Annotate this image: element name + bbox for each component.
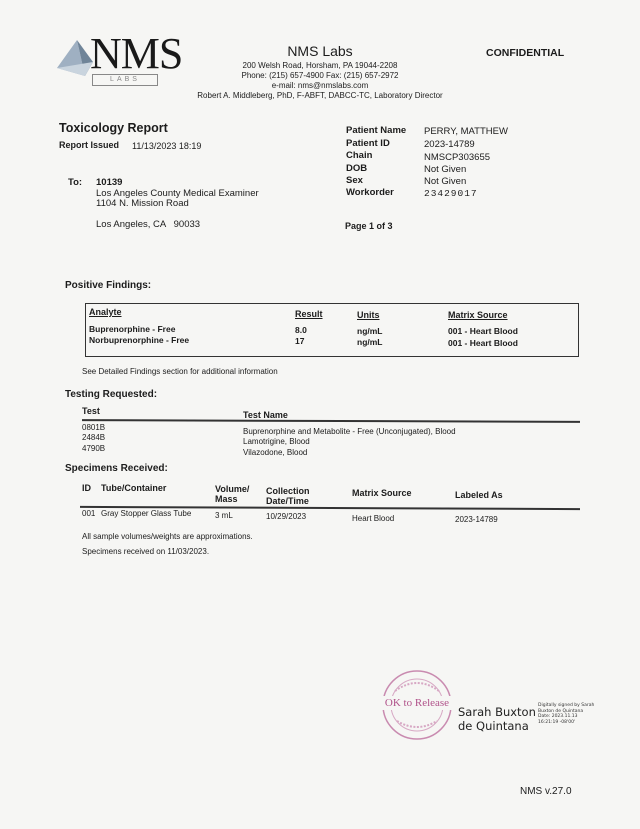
col-units: Units [357, 310, 380, 320]
test-code: 2484B [82, 433, 105, 442]
test-name: Vilazodone, Blood [243, 448, 307, 457]
finding-units: ng/mL [357, 337, 383, 347]
positive-findings-table: Analyte Result Units Matrix Source Bupre… [85, 303, 579, 357]
workorder-value: 23429017 [424, 188, 478, 199]
dob-value: Not Given [424, 164, 466, 175]
version-label: NMS v.27.0 [520, 786, 572, 797]
workorder-label: Workorder [346, 187, 394, 198]
signer-name: Sarah Buxton de Quintana [458, 705, 536, 733]
col-container: Tube/Container [101, 483, 166, 493]
lab-phone: Phone: (215) 657-4900 Fax: (215) 657-297… [0, 71, 640, 81]
specimen-note-approx: All sample volumes/weights are approxima… [82, 532, 253, 541]
patient-id-label: Patient ID [346, 138, 390, 149]
signer-name-line2: de Quintana [458, 719, 536, 733]
signer-name-line1: Sarah Buxton [458, 705, 536, 719]
release-stamp: OK to Release [381, 669, 453, 741]
test-code: 4790B [82, 444, 105, 453]
specimen-volume: 3 mL [215, 511, 233, 520]
col-labeled-as: Labeled As [455, 490, 503, 500]
sex-value: Not Given [424, 176, 466, 187]
col-test-name: Test Name [243, 410, 288, 420]
specimen-labeled: 2023-14789 [455, 515, 498, 524]
col-matrix-source: Matrix Source [352, 488, 412, 498]
digital-signature-meta: Digitally signed by Sarah Buxton de Quin… [538, 703, 598, 725]
specimen-note-received: Specimens received on 11/03/2023. [82, 547, 209, 556]
report-issued-value: 11/13/2023 18:19 [132, 141, 201, 151]
stamp-text: OK to Release [381, 696, 453, 710]
patient-name-label: Patient Name [346, 125, 406, 136]
chain-value: NMSCP303655 [424, 152, 490, 163]
findings-note: See Detailed Findings section for additi… [82, 367, 278, 376]
to-label: To: [68, 177, 82, 188]
lab-director: Robert A. Middleberg, PhD, F-ABFT, DABCC… [0, 91, 640, 101]
report-title: Toxicology Report [59, 121, 168, 135]
col-matrix: Matrix Source [448, 310, 508, 320]
dob-label: DOB [346, 163, 367, 174]
recipient-street: 1104 N. Mission Road [96, 198, 189, 209]
test-name: Lamotrigine, Blood [243, 437, 310, 446]
finding-analyte: Buprenorphine - Free [89, 324, 175, 334]
col-result: Result [295, 309, 323, 319]
testing-divider [82, 419, 580, 422]
page-indicator: Page 1 of 3 [345, 221, 393, 231]
test-name: Buprenorphine and Metabolite - Free (Unc… [243, 427, 456, 436]
col-test: Test [82, 406, 100, 416]
recipient-id: 10139 [96, 177, 122, 188]
positive-findings-heading: Positive Findings: [65, 280, 151, 291]
report-issued-label: Report Issued [59, 140, 119, 150]
recipient-city: Los Angeles, CA 90033 [96, 219, 200, 230]
col-collection: Collection Date/Time [266, 486, 310, 506]
col-id: ID [82, 483, 91, 493]
finding-result: 8.0 [295, 325, 307, 335]
patient-name-value: PERRY, MATTHEW [424, 126, 508, 137]
sex-label: Sex [346, 175, 363, 186]
sig-meta-line: Digitally signed by Sarah [538, 703, 598, 709]
lab-email: e-mail: nms@nmslabs.com [0, 81, 640, 91]
test-code: 0801B [82, 423, 105, 432]
finding-analyte: Norbuprenorphine - Free [89, 335, 189, 345]
specimens-heading: Specimens Received: [65, 463, 168, 474]
finding-matrix: 001 - Heart Blood [448, 326, 518, 336]
specimen-matrix: Heart Blood [352, 514, 394, 523]
finding-result: 17 [295, 336, 304, 346]
testing-requested-heading: Testing Requested: [65, 389, 157, 400]
confidential-label: CONFIDENTIAL [486, 47, 564, 59]
specimen-id: 001 [82, 509, 95, 518]
col-analyte: Analyte [89, 307, 122, 317]
col-volume: Volume/ Mass [215, 484, 249, 504]
finding-matrix: 001 - Heart Blood [448, 338, 518, 348]
sig-meta-line: 16:21:19 -08'00' [538, 720, 598, 726]
patient-id-value: 2023-14789 [424, 139, 475, 150]
lab-address: 200 Welsh Road, Horsham, PA 19044-2208 [0, 61, 640, 71]
chain-label: Chain [346, 150, 372, 161]
specimen-container: Gray Stopper Glass Tube [101, 509, 191, 518]
specimen-date: 10/29/2023 [266, 512, 306, 521]
finding-units: ng/mL [357, 326, 383, 336]
